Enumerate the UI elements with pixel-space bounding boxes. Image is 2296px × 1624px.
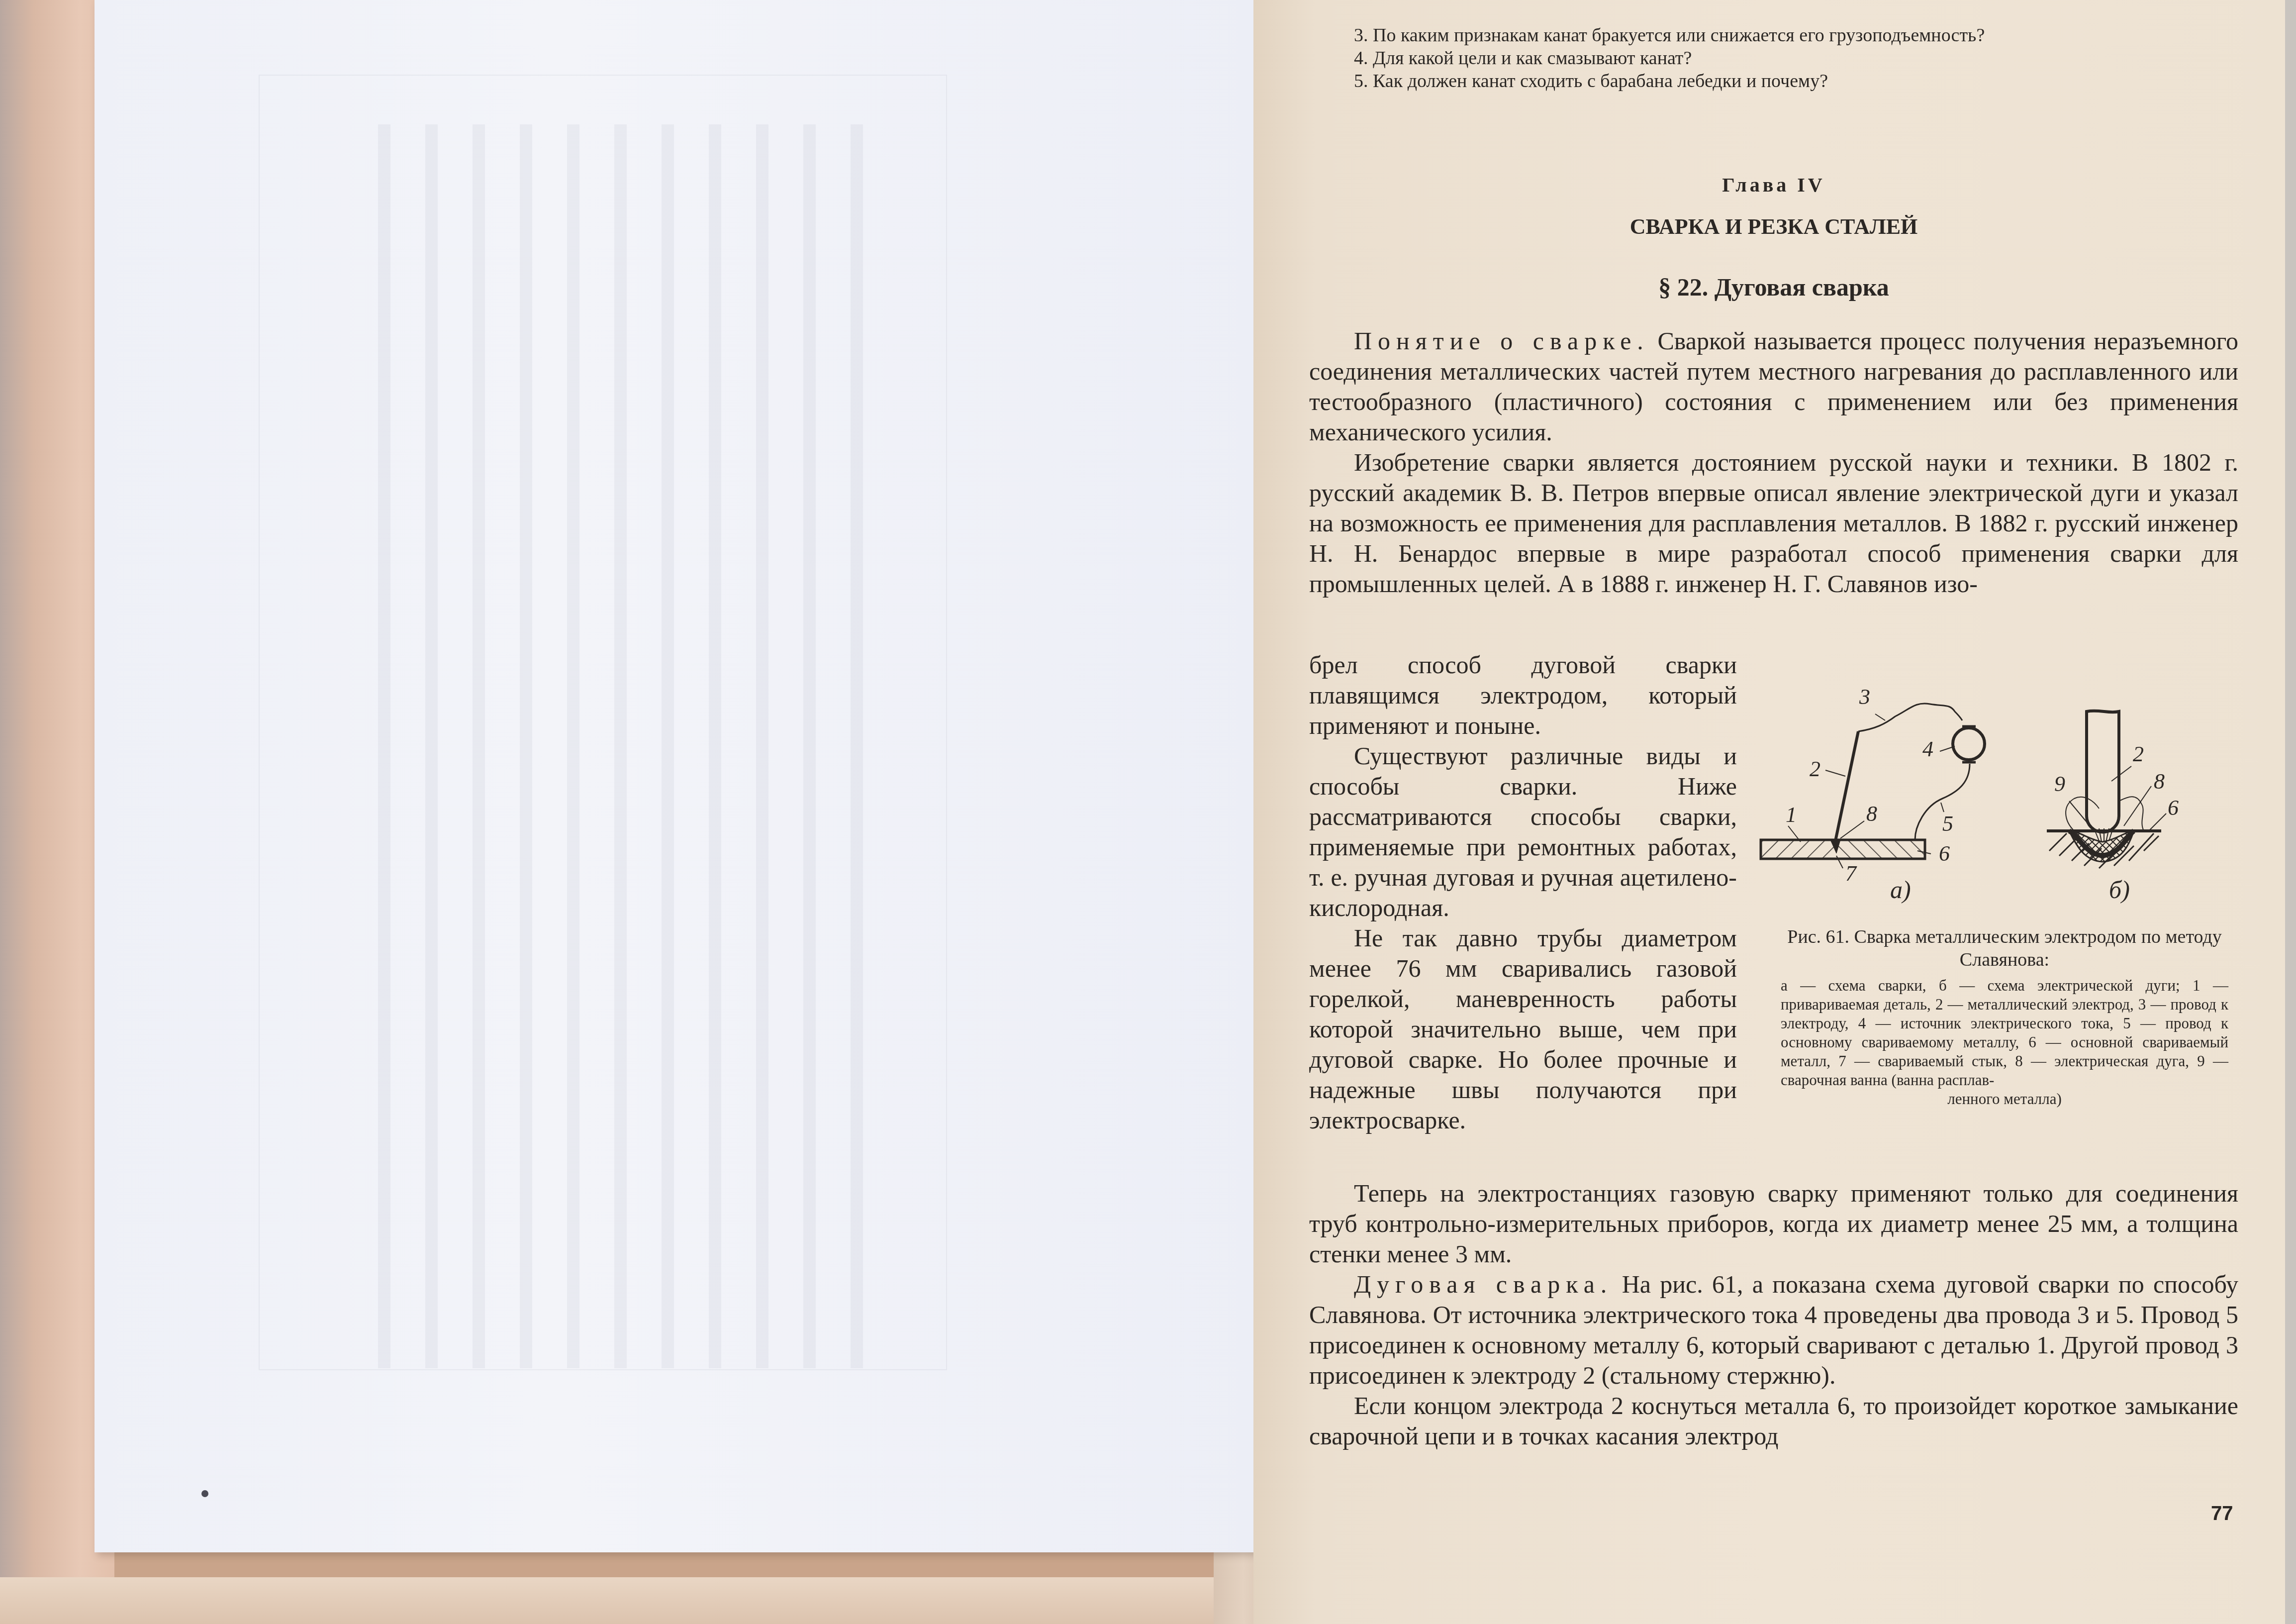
- svg-text:6: 6: [2168, 796, 2179, 820]
- main-text: Понятие о сварке. Сваркой называется про…: [1309, 326, 2238, 599]
- svg-text:5: 5: [1942, 812, 1953, 836]
- svg-text:3: 3: [1859, 685, 1870, 709]
- paragraph-types: Существуют различные виды и способы свар…: [1309, 741, 1737, 923]
- svg-text:9: 9: [2054, 772, 2065, 796]
- narrow-column: брел способ дуговой сварки плавящимся эл…: [1309, 650, 1737, 1135]
- chapter-label: Глава IV: [1309, 173, 2238, 197]
- svg-text:6: 6: [1939, 841, 1950, 866]
- caption-legend: а — схема сварки, б — схема электрическо…: [1781, 976, 2228, 1109]
- main-text-bottom: Теперь на электростанциях газовую сварку…: [1309, 1178, 2238, 1451]
- welding-diagram-icon: 1 2 3 4 5 6 7 8 а): [1751, 682, 2248, 920]
- svg-text:8: 8: [1866, 802, 1877, 826]
- svg-text:4: 4: [1922, 737, 1933, 761]
- svg-text:б): б): [2109, 876, 2130, 904]
- caption-title: Рис. 61. Сварка металлическим электродом…: [1781, 925, 2228, 971]
- figure-caption: Рис. 61. Сварка металлическим электродом…: [1781, 925, 2228, 1109]
- run-in-heading: Понятие о сварке.: [1354, 327, 1649, 355]
- paragraph-history-cont: брел способ дуговой сварки плавящимся эл…: [1309, 650, 1737, 741]
- question-4: 4. Для какой цели и как смазывают канат?: [1309, 47, 2238, 70]
- svg-text:7: 7: [1845, 861, 1857, 886]
- ink-dot: [201, 1490, 208, 1497]
- right-page: 3. По каким признакам канат бракуется ил…: [1253, 0, 2296, 1624]
- run-in-heading: Дуговая сварка.: [1354, 1270, 1613, 1298]
- page-number: 77: [2211, 1503, 2233, 1525]
- review-questions: 3. По каким признакам канат бракуется ил…: [1309, 24, 2238, 93]
- paragraph-power-stations: Теперь на электростанциях газовую сварку…: [1309, 1178, 2238, 1269]
- svg-text:2: 2: [1810, 757, 1820, 781]
- svg-text:2: 2: [2133, 742, 2144, 766]
- paragraph-welding-concept: Понятие о сварке. Сваркой называется про…: [1309, 326, 2238, 447]
- paragraph-pipes: Не так давно трубы диаметром менее 76 мм…: [1309, 923, 1737, 1135]
- figure-61: 1 2 3 4 5 6 7 8 а): [1751, 682, 2248, 920]
- chapter-title: СВАРКА И РЕЗКА СТАЛЕЙ: [1309, 214, 2238, 239]
- show-through-text: [343, 124, 890, 1368]
- question-5: 5. Как должен канат сходить с барабана л…: [1309, 70, 2238, 93]
- section-title: § 22. Дуговая сварка: [1309, 273, 2238, 302]
- svg-text:8: 8: [2154, 769, 2165, 794]
- svg-text:1: 1: [1786, 803, 1797, 827]
- svg-text:а): а): [1890, 876, 1911, 904]
- page-edge: [2285, 0, 2296, 1624]
- book-cover-bottom: [0, 1577, 1273, 1624]
- paragraph-short-circuit: Если концом электрода 2 коснуться металл…: [1309, 1391, 2238, 1451]
- left-page-blank: [95, 0, 1258, 1552]
- paragraph-history: Изобретение сварки является достоянием р…: [1309, 447, 2238, 599]
- paragraph-arc-welding: Дуговая сварка. На рис. 61, а показана с…: [1309, 1269, 2238, 1391]
- question-3: 3. По каким признакам канат бракуется ил…: [1309, 24, 2238, 47]
